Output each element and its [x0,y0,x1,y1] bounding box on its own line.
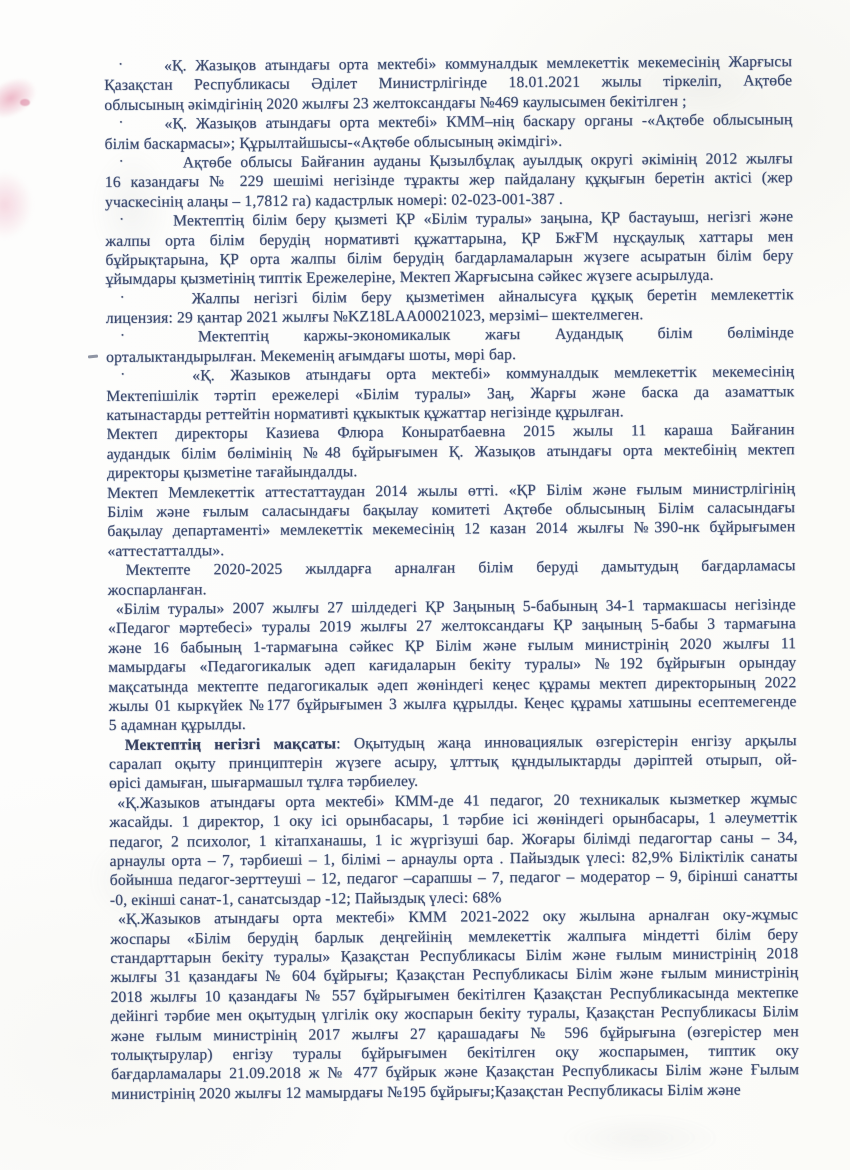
bullet-marker: · [120,289,125,308]
scanned-document: { "scan": { "text_color": "#3e4b6e", "pa… [0,0,850,1170]
bullet-marker: · [120,327,125,346]
paragraph: ·Мектептің білім беру қызметі ҚР «Білім … [105,207,794,289]
text-segment: : Оқытудың жаңа инновациялык өзгерістері… [336,732,797,752]
pink-ink-stain [0,69,44,122]
scan-smudge [560,1115,720,1161]
bullet-marker: · [118,56,123,75]
bullet-marker: · [119,211,124,230]
text-block: ·«Қ. Жазықов атындағы орта мектебі» комм… [104,52,799,1104]
scanned-document-page: ·«Қ. Жазықов атындағы орта мектебі» комм… [0,0,850,1170]
paragraph: Мектепте 2020-2025 жылдарға арналған біл… [108,556,796,600]
paragraph: ·Ақтөбе облысы Байғанин ауданы Қызылбұла… [105,149,793,212]
paragraph: ·Мектептің каржы-экономикалык жағы Аудан… [106,324,794,368]
text-line: министрінің 2020 жылғы 12 мамырдағы №195… [111,1080,799,1104]
paragraph: Мектептің негізгі мақсаты: Оқытудың жаңа… [109,731,797,794]
paragraph: «Қ.Жазыков атындағы орта мектебі» КММ 20… [110,905,799,1104]
bullet-marker: · [120,366,125,385]
pink-ink-dot [20,99,30,106]
paragraph: ·«Қ. Жазыков атындағы орта мектебі» комм… [106,362,794,425]
paragraph: Мектеп директоры Казиева Флюра Коныратба… [107,421,795,484]
paragraph: ·Жалпы негізгі білім беру қызметімен айн… [106,285,794,329]
stray-mark [88,354,98,358]
paragraph: Мектеп Мемлекеттік аттестаттаудан 2014 ж… [107,479,796,561]
pink-ink-stain [0,172,32,238]
paragraph: ·«Қ. Жазықов атындағы орта мектебі» КММ–… [104,110,792,154]
paragraph: «Білім туралы» 2007 жылғы 27 шілдедегі Қ… [108,595,797,736]
bullet-marker: · [119,153,124,172]
paragraph: ·«Қ. Жазықов атындағы орта мектебі» комм… [104,52,792,115]
bullet-marker: · [118,114,123,133]
bold-lead-text: Мектептің негізгі мақсаты [125,735,336,753]
paragraph: «Қ.Жазыков атындағы орта мектебі» КММ-де… [109,789,798,910]
